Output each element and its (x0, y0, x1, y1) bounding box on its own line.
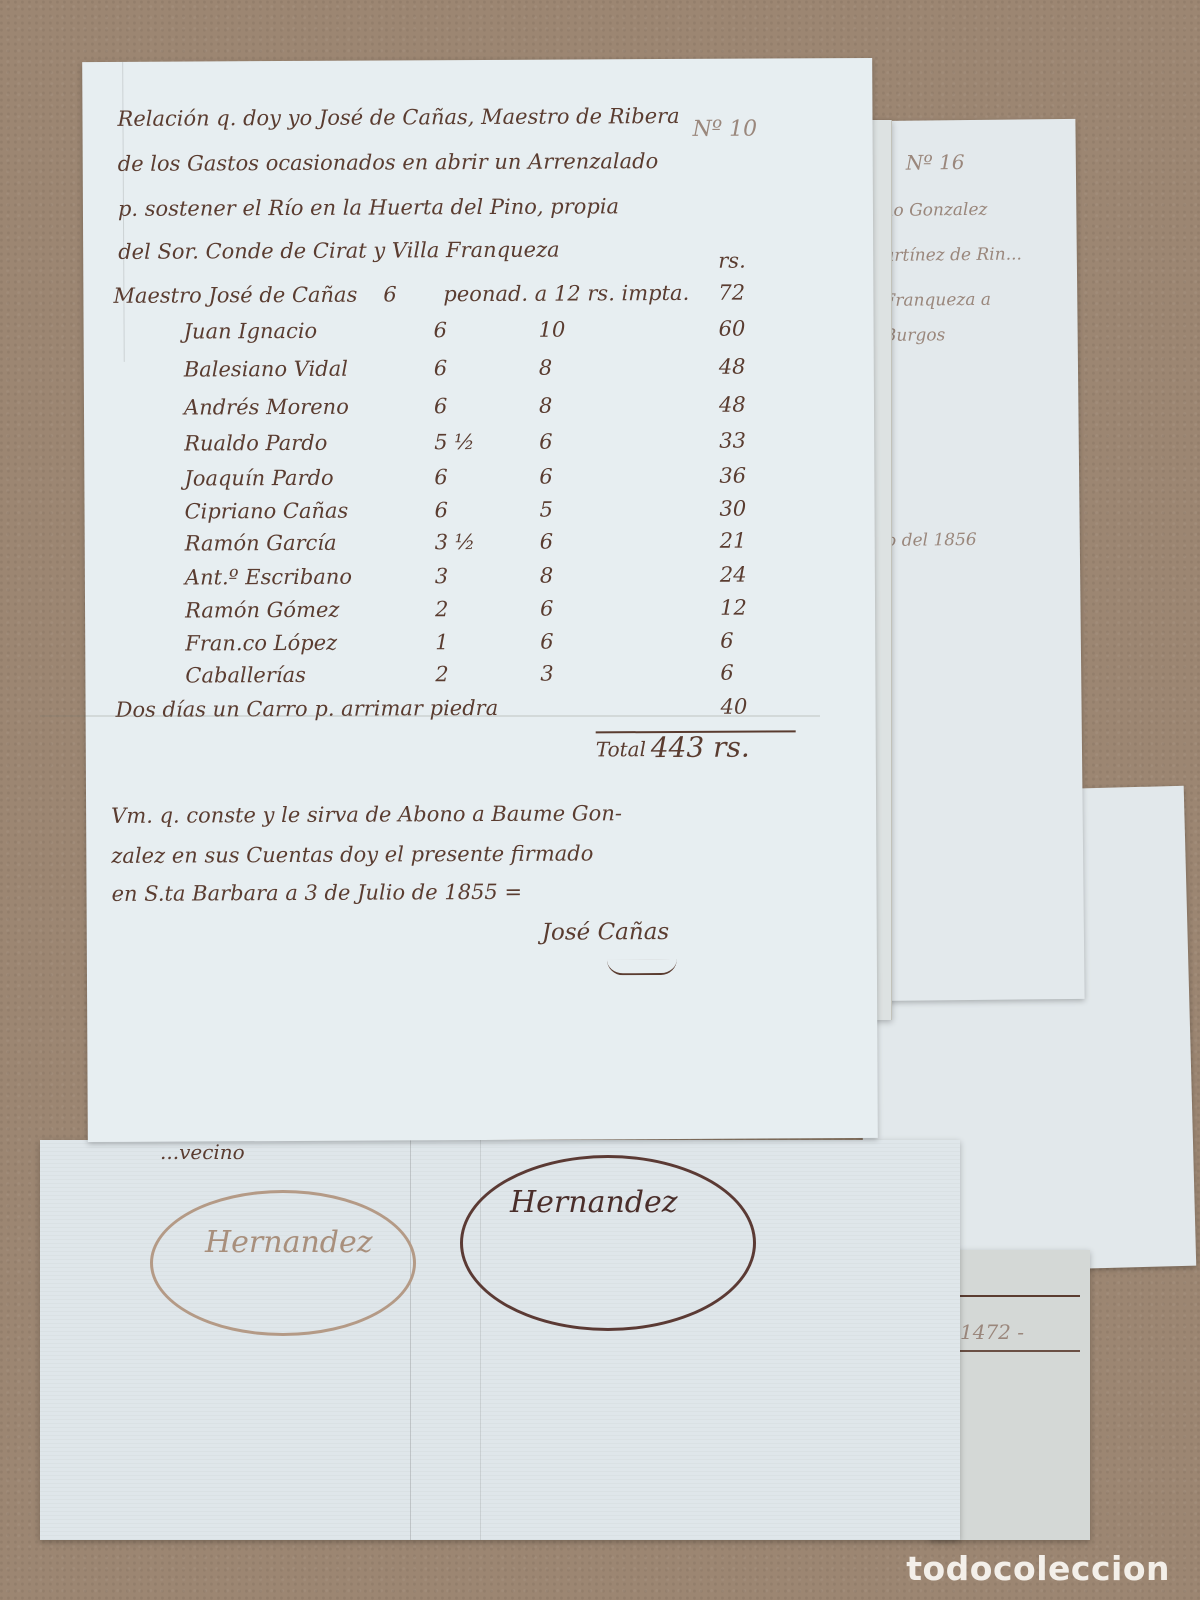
days: 2 (435, 662, 495, 686)
days: 6 (434, 356, 494, 380)
table-row: Joaquín Pardo6 6 36 (184, 465, 494, 491)
closing-line: Vm. q. conste y le sirva de Abono a Baum… (111, 801, 622, 828)
total-label: Total (596, 737, 646, 761)
signature-hernandez-faint: Hernandez (205, 1225, 373, 1260)
rate: 8 (540, 564, 554, 588)
worker-name: Fran.co López (185, 630, 435, 655)
rate: 8 (539, 356, 553, 380)
worker-name: Ant.º Escribano (185, 564, 435, 589)
ruled-line (940, 1350, 1080, 1352)
table-row: Caballerías2 3 6 (185, 662, 495, 688)
table-row: Ant.º Escribano3 8 24 (185, 564, 495, 590)
fragment-line: ...vecino (160, 1140, 245, 1164)
closing-line: zalez en sus Cuentas doy el presente fir… (111, 841, 593, 868)
doc-number-16: Nº 16 (906, 150, 965, 175)
worker-name: Balesiano Vidal (184, 356, 434, 381)
rate: 6 (540, 530, 554, 554)
rate: 8 (539, 394, 553, 418)
days: 3 (435, 564, 495, 588)
rate: 3 (540, 662, 554, 686)
days: 1 (435, 630, 495, 654)
days: 6 (434, 465, 494, 489)
header-line: p. sostener el Río en la Huerta del Pino… (118, 194, 619, 221)
days: 6 (434, 394, 494, 418)
amount: 12 (720, 596, 747, 620)
worker-name: Ramón García (185, 530, 435, 555)
amount: 24 (720, 563, 747, 587)
days: 6 (434, 318, 494, 342)
table-row: Ramón Gómez2 6 12 (185, 597, 495, 623)
table-row: Fran.co López1 6 6 (185, 630, 495, 656)
days: 2 (435, 597, 495, 621)
amount: 48 (719, 393, 746, 417)
signature-flourish (460, 1155, 756, 1331)
amount: 72 (718, 281, 745, 305)
table-row: Dos días un Carro p. arrimar piedra 40 (116, 696, 499, 722)
days: 6 (383, 282, 443, 306)
amount: 6 (720, 629, 734, 653)
table-row: Ramón García3 ½ 6 21 (185, 530, 495, 556)
worker-name: Maestro José de Cañas (113, 283, 383, 308)
rate: 10 (539, 318, 566, 342)
ruled-line (940, 1295, 1080, 1297)
underlying-sheet-bottom: ...vecino Hernandez Hernandez (40, 1140, 960, 1540)
worker-name: Ramón Gómez (185, 597, 435, 622)
expense-table: Maestro José de Cañas6 peonad. a 12 rs. … (82, 58, 872, 62)
watermark-logo: todocoleccion (906, 1549, 1170, 1588)
main-document-sheet: Nº 10 Relación q. doy yo José de Cañas, … (82, 58, 878, 1142)
amount-1472: 1472 - (960, 1320, 1024, 1344)
signature-jose-canas: José Cañas (542, 919, 670, 946)
rate: 6 (539, 465, 553, 489)
header-line: del Sor. Conde de Cirat y Villa Franquez… (118, 238, 560, 264)
worker-name: Joaquín Pardo (184, 465, 434, 490)
signature-flourish-faint (150, 1190, 416, 1336)
rate: peonad. a 12 rs. impta. (443, 281, 689, 306)
days: 5 ½ (434, 430, 494, 454)
total-value: 443 rs. (651, 731, 750, 765)
rate: 6 (539, 430, 553, 454)
amount: 30 (719, 497, 746, 521)
worker-name: Rualdo Pardo (184, 430, 434, 455)
amount: 36 (719, 464, 746, 488)
header-line: de los Gastos ocasionados en abrir un Ar… (118, 149, 659, 176)
amount: 60 (719, 317, 746, 341)
closing-line: en S.ta Barbara a 3 de Julio de 1855 = (111, 880, 522, 906)
rate: 6 (540, 630, 554, 654)
days: 6 (434, 498, 494, 522)
table-row: Maestro José de Cañas6 peonad. a 12 rs. … (113, 282, 443, 308)
worker-name: Cipriano Cañas (184, 498, 434, 523)
amount: 6 (720, 661, 734, 685)
worker-name: Caballerías (185, 662, 435, 687)
days: 3 ½ (435, 530, 495, 554)
amount: 48 (719, 355, 746, 379)
table-row: Cipriano Cañas6 5 30 (184, 498, 494, 524)
table-row: Rualdo Pardo5 ½ 6 33 (184, 430, 494, 456)
table-row: Andrés Moreno6 8 48 (184, 394, 494, 420)
amount: 21 (720, 529, 747, 553)
table-row: Juan Ignacio6 10 60 (184, 318, 494, 344)
ruled-margin (410, 1140, 411, 1540)
item-description: Dos días un Carro p. arrimar piedra (116, 696, 499, 722)
amount: 33 (719, 429, 746, 453)
rate: 5 (539, 498, 553, 522)
header-line: Relación q. doy yo José de Cañas, Maestr… (117, 104, 679, 131)
currency-header: rs. (718, 249, 746, 273)
doc-number: Nº 10 (692, 117, 757, 142)
worker-name: Juan Ignacio (184, 318, 434, 343)
rate: 6 (540, 597, 554, 621)
table-row: Balesiano Vidal6 8 48 (184, 356, 494, 382)
worker-name: Andrés Moreno (184, 394, 434, 419)
fold-crease (40, 715, 820, 717)
signature-rubric (607, 959, 677, 975)
signature-hernandez: Hernandez (510, 1185, 678, 1220)
